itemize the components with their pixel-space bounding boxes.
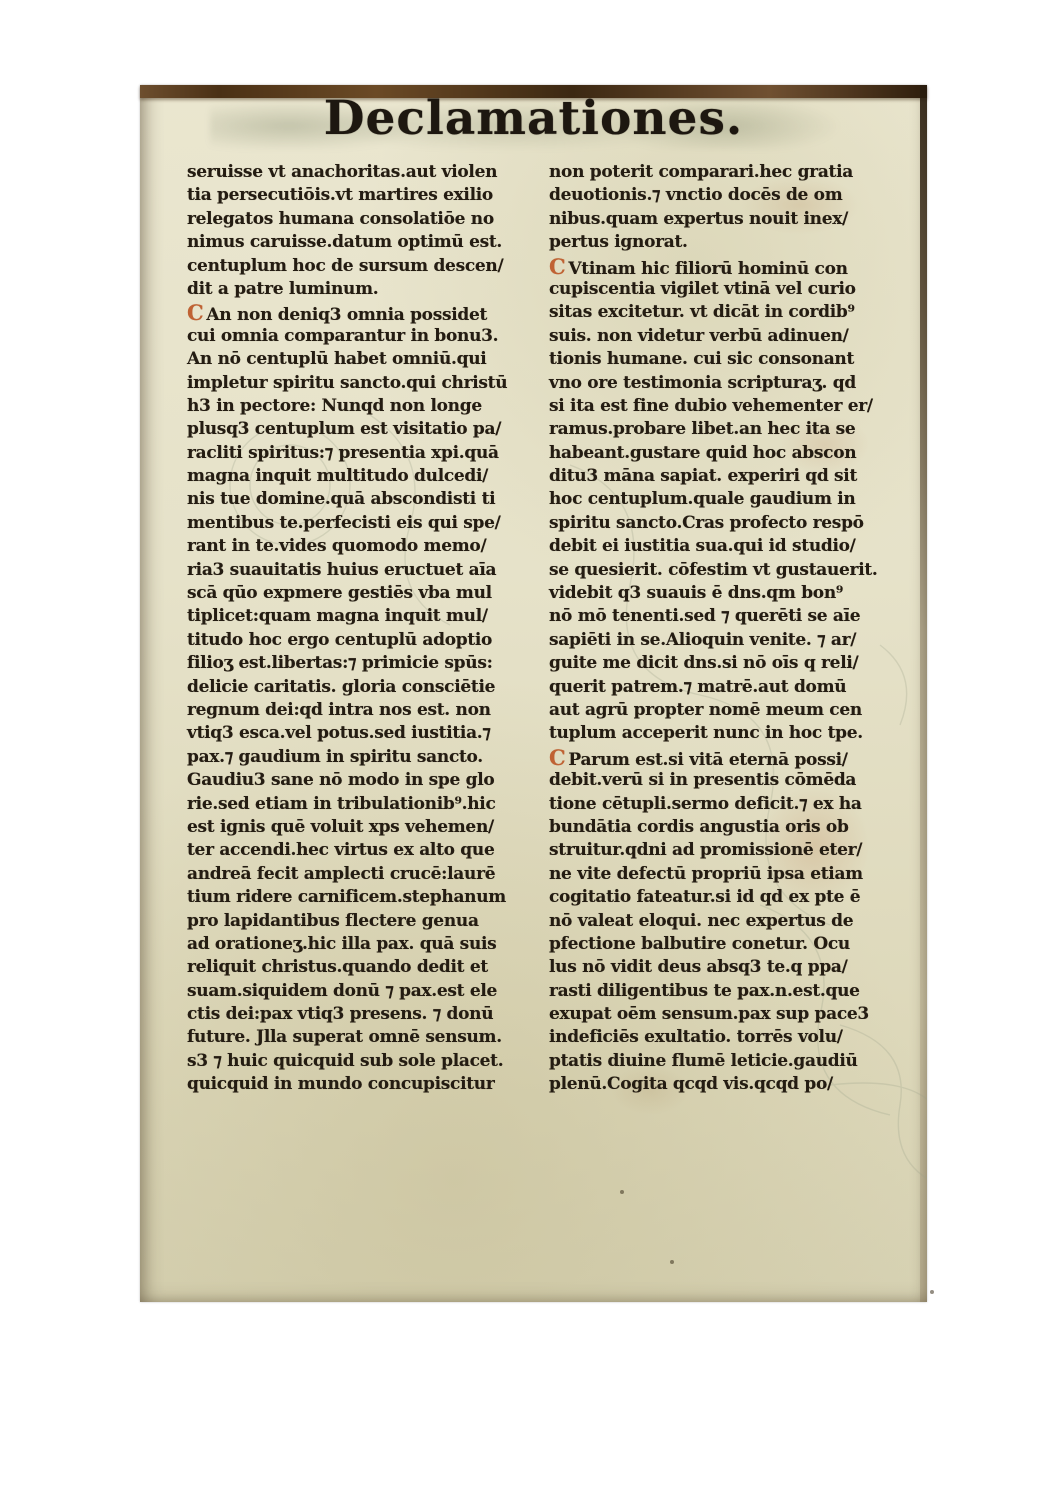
- text-line: tuplum acceperit nunc in hoc tpe.: [549, 722, 887, 745]
- text-line: ctis dei:pax vtiq3 presens. ⁊ donū: [187, 1003, 525, 1026]
- text-line: future. Jlla superat omnē sensum.: [187, 1026, 525, 1049]
- text-line: impletur spiritu sancto.qui christū: [187, 372, 525, 395]
- right-text-column: non poterit comparari.hec gratiadeuotion…: [549, 161, 887, 1097]
- scanned-book-photo: Declamationes. seruisse vt anachoritas.a…: [0, 0, 1060, 1500]
- text-line: tionis humane. cui sic consonant: [549, 348, 887, 371]
- text-line: est ignis quē voluit xps vehemen/: [187, 816, 525, 839]
- text-line: videbit q3 suauis ē dns.qm bon⁹: [549, 582, 887, 605]
- text-line: debit.verū si in presentis cōmēda: [549, 769, 887, 792]
- text-line: debit ei iustitia sua.qui id studio/: [549, 535, 887, 558]
- text-line: hoc centuplum.quale gaudium in: [549, 488, 887, 511]
- text-line: An nō centuplū habet omniū.qui: [187, 348, 525, 371]
- text-line: habeant.gustare quid hoc abscon: [549, 442, 887, 465]
- text-line: pro lapidantibus flectere genua: [187, 910, 525, 933]
- text-line: pax.⁊ gaudium in spiritu sancto.: [187, 746, 525, 769]
- paper-speck: [930, 1290, 934, 1294]
- text-line: nō mō tenenti.sed ⁊ querēti se aīe: [549, 605, 887, 628]
- text-line: ramus.probare libet.an hec ita se: [549, 418, 887, 441]
- text-line: struitur.qdni ad promissionē eter/: [549, 839, 887, 862]
- text-line: suam.siquidem donū ⁊ pax.est ele: [187, 980, 525, 1003]
- text-line: non poterit comparari.hec gratia: [549, 161, 887, 184]
- text-line: filioʒ est.libertas:⁊ primicie spūs:: [187, 652, 525, 675]
- text-line: reliquit christus.quando dedit et: [187, 956, 525, 979]
- text-line: suis. non videtur verbū adinuen/: [549, 325, 887, 348]
- text-line: guite me dicit dns.si nō oīs q reli/: [549, 652, 887, 675]
- text-line: h3 in pectore: Nunqd non longe: [187, 395, 525, 418]
- text-line: spiritu sancto.Cras profecto respō: [549, 512, 887, 535]
- text-line: andreā fecit amplecti crucē:laurē: [187, 863, 525, 886]
- red-pilcrow-initial: C: [549, 254, 568, 279]
- text-line: cogitatio fateatur.si id qd ex pte ē: [549, 886, 887, 909]
- text-line: nibus.quam expertus nouit inex/: [549, 208, 887, 231]
- text-line: cupiscentia vigilet vtinā vel curio: [549, 278, 887, 301]
- text-line: seruisse vt anachoritas.aut violen: [187, 161, 525, 184]
- red-pilcrow-initial: C: [187, 300, 206, 325]
- text-line: sapiēti in se.Alioquin venite. ⁊ ar/: [549, 629, 887, 652]
- text-line: magna inquit multitudo dulcedi/: [187, 465, 525, 488]
- text-block: seruisse vt anachoritas.aut violentia pe…: [187, 161, 887, 1097]
- text-line: tiplicet:quam magna inquit mul/: [187, 605, 525, 628]
- text-line: ter accendi.hec virtus ex alto que: [187, 839, 525, 862]
- text-line: mentibus te.perfecisti eis qui spe/: [187, 512, 525, 535]
- text-line: CVtinam hic filiorū hominū con: [549, 255, 887, 278]
- text-line: titudo hoc ergo centuplū adoptio: [187, 629, 525, 652]
- text-line: rie.sed etiam in tribulationib⁹.hic: [187, 793, 525, 816]
- text-line: regnum dei:qd intra nos est. non: [187, 699, 525, 722]
- text-line: CParum est.si vitā eternā possi/: [549, 746, 887, 769]
- text-line: exupat oēm sensum.pax sup pace3: [549, 1003, 887, 1026]
- red-pilcrow-initial: C: [549, 745, 568, 770]
- text-line: vtiq3 esca.vel potus.sed iustitia.⁊: [187, 722, 525, 745]
- text-line: pertus ignorat.: [549, 231, 887, 254]
- text-line: scā qūo expmere gestiēs vba mul: [187, 582, 525, 605]
- text-line: centuplum hoc de sursum descen/: [187, 255, 525, 278]
- text-line: se quesierit. cōfestim vt gustauerit.: [549, 559, 887, 582]
- text-line: CAn non deniq3 omnia possidet: [187, 301, 525, 324]
- page-title: Declamationes.: [140, 91, 927, 146]
- text-line: vno ore testimonia scripturaʒ. qd: [549, 372, 887, 395]
- text-line: nō valeat eloqui. nec expertus de: [549, 910, 887, 933]
- text-line: ptatis diuine flumē leticie.gaudiū: [549, 1050, 887, 1073]
- text-line: racliti spiritus:⁊ presentia xpi.quā: [187, 442, 525, 465]
- text-line: ne vite defectū propriū ipsa etiam: [549, 863, 887, 886]
- text-line: tia persecutiōis.vt martires exilio: [187, 184, 525, 207]
- text-line: quicquid in mundo concupiscitur: [187, 1073, 525, 1096]
- page-right-edge: [920, 85, 927, 1302]
- text-line: lus nō vidit deus absq3 te.q ppa/: [549, 956, 887, 979]
- text-line: querit patrem.⁊ matrē.aut domū: [549, 676, 887, 699]
- text-line: tium ridere carnificem.stephanum: [187, 886, 525, 909]
- text-line: aut agrū propter nomē meum cen: [549, 699, 887, 722]
- text-line: rant in te.vides quomodo memo/: [187, 535, 525, 558]
- text-line: s3 ⁊ huic quicquid sub sole placet.: [187, 1050, 525, 1073]
- text-line: bundātia cordis angustia oris ob: [549, 816, 887, 839]
- text-line: relegatos humana consolatiōe no: [187, 208, 525, 231]
- text-line: cui omnia comparantur in bonu3.: [187, 325, 525, 348]
- text-line: plusq3 centuplum est visitatio pa/: [187, 418, 525, 441]
- text-line: rasti diligentibus te pax.n.est.que: [549, 980, 887, 1003]
- left-text-column: seruisse vt anachoritas.aut violentia pe…: [187, 161, 525, 1097]
- text-line: nimus caruisse.datum optimū est.: [187, 231, 525, 254]
- text-line: ad orationeʒ.hic illa pax. quā suis: [187, 933, 525, 956]
- text-line: ria3 suauitatis huius eructuet aīa: [187, 559, 525, 582]
- paper-speck: [670, 1260, 674, 1264]
- text-line: Gaudiu3 sane nō modo in spe glo: [187, 769, 525, 792]
- text-line: pfectione balbutire conetur. Ocu: [549, 933, 887, 956]
- text-line: plenū.Cogita qcqd vis.qcqd po/: [549, 1073, 887, 1096]
- text-line: dit a patre luminum.: [187, 278, 525, 301]
- text-line: sitas excitetur. vt dicāt in cordib⁹: [549, 301, 887, 324]
- text-line: delicie caritatis. gloria consciētie: [187, 676, 525, 699]
- book-leaf: Declamationes. seruisse vt anachoritas.a…: [140, 85, 927, 1302]
- text-line: tione cētupli.sermo deficit.⁊ ex ha: [549, 793, 887, 816]
- text-line: nis tue domine.quā abscondisti ti: [187, 488, 525, 511]
- text-line: deuotionis.⁊ vnctio docēs de om: [549, 184, 887, 207]
- paper-speck: [620, 1190, 624, 1194]
- text-line: si ita est fine dubio vehementer er/: [549, 395, 887, 418]
- text-line: ditu3 māna sapiat. experiri qd sit: [549, 465, 887, 488]
- text-line: indeficiēs exultatio. torrēs volu/: [549, 1026, 887, 1049]
